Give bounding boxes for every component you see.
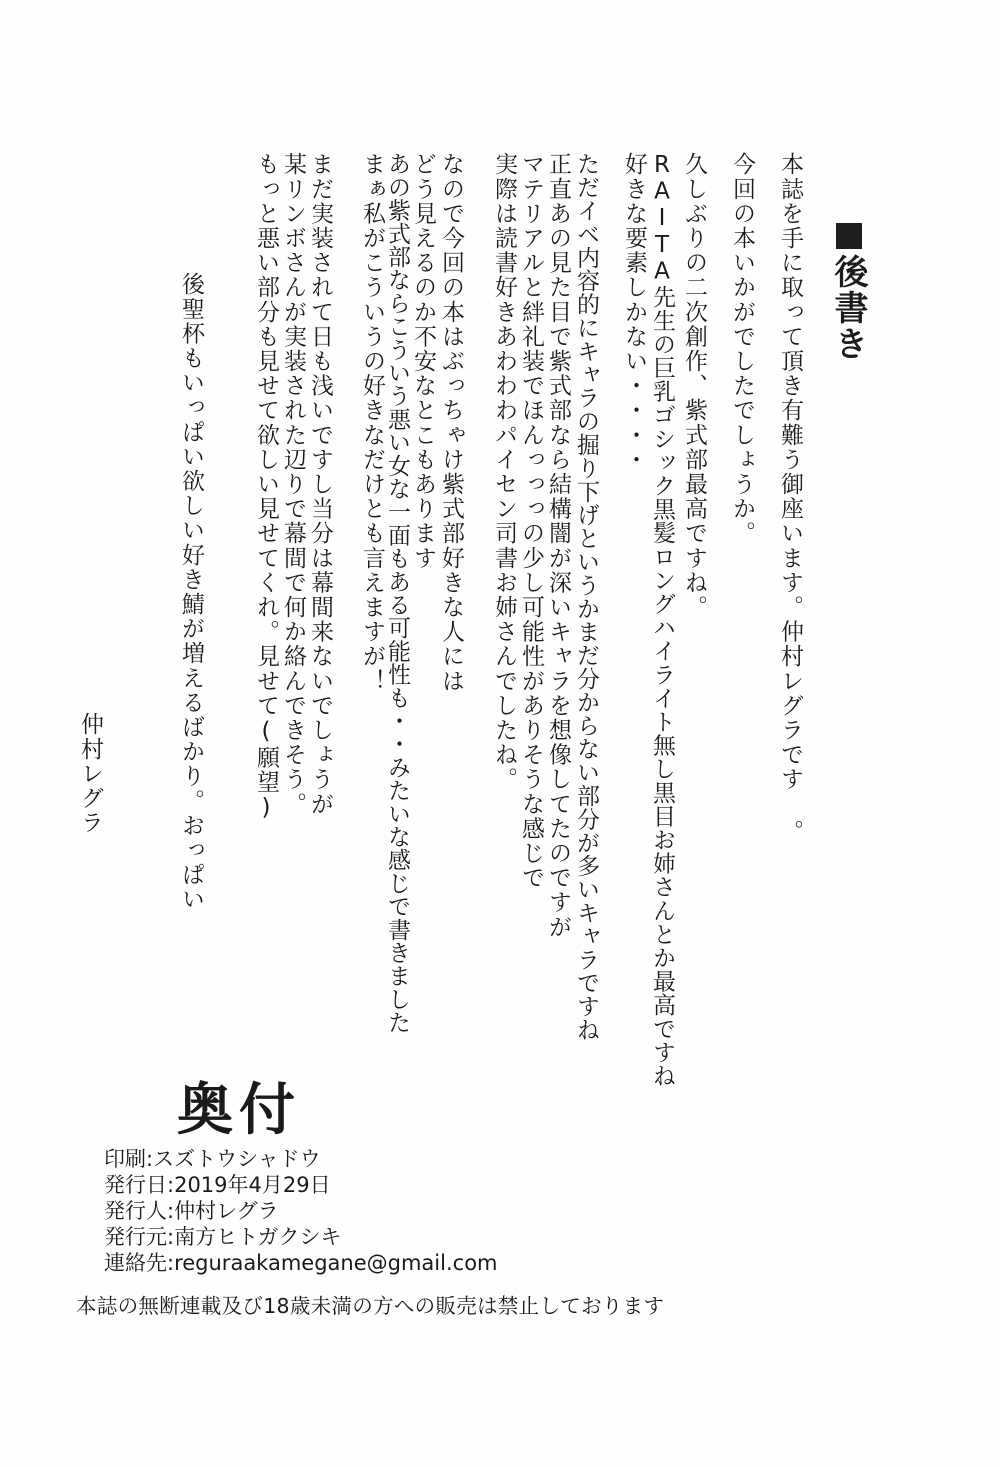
- colophon-label: 印刷: [104, 1147, 146, 1171]
- colophon-row-printer: 印刷:スズトウシャドウ: [104, 1146, 498, 1172]
- afterword-line: RAITA先生の巨乳ゴシック黒髪ロングハイライト無し黒目お姉さんとか最高ですね: [648, 152, 675, 1087]
- afterword-line: なので今回の本はぶっちゃけ紫式部好きな人には: [437, 152, 464, 693]
- colophon-title: 奥付: [177, 1066, 301, 1146]
- colophon-value: 南方ヒトガクシキ: [174, 1225, 341, 1249]
- colophon-value: 仲村レグラ: [174, 1199, 279, 1223]
- colophon-list: 印刷:スズトウシャドウ 発行日:2019年4月29日 発行人:仲村レグラ 発行元…: [104, 1146, 498, 1276]
- colophon-value: スズトウシャドウ: [153, 1147, 321, 1171]
- heading-marker-square: [836, 223, 862, 249]
- colophon-value: 2019年4月29日: [174, 1173, 331, 1197]
- afterword-line: 今回の本いかがでしたでしょうか。: [728, 152, 755, 546]
- afterword-line: まぁ私がこういうの好きなだけとも言えますが！: [358, 152, 385, 693]
- colophon-row-contact: 連絡先:reguraakamegane@gmail.com: [104, 1250, 498, 1276]
- colophon-label: 発行元: [104, 1225, 167, 1249]
- afterword-line: もっと悪い部分も見せて欲しい見せてくれ。見せて(願望): [252, 152, 279, 822]
- colophon-label: 発行人: [104, 1199, 167, 1223]
- afterword-line: 後聖杯もいっぱい欲しい好き鯖が増えるばかり。おっぱい: [177, 272, 204, 912]
- afterword-line: 本誌を手に取って頂き有難う御座います。仲村レグラです 。: [776, 152, 803, 844]
- afterword-line: 正直あの見た目で紫式部なら結構闇が深いキャラを想像してたのですが: [544, 152, 571, 939]
- colophon-row-circle: 発行元:南方ヒトガクシキ: [104, 1224, 498, 1250]
- afterword-line: どう見えるのか不安なとこもあります: [409, 152, 436, 570]
- afterword-line: 久しぶりの二次創作、紫式部最高ですね。: [680, 152, 707, 619]
- afterword-line: ただイベ内容的にキャラの掘り下げというかまだ分からない部分が多いキャラですね: [572, 152, 599, 1041]
- afterword-signature: 仲村レグラ: [76, 712, 103, 835]
- colophon-row-publisher: 発行人:仲村レグラ: [104, 1198, 498, 1224]
- afterword-line: マテリアルと絆礼装でほんっっっの少し可能性がありそうな感じで: [517, 152, 544, 890]
- afterword-heading: 後書き: [828, 254, 868, 362]
- book-afterword-page: 後書き 本誌を手に取って頂き有難う御座います。仲村レグラです 。 今回の本いかが…: [0, 0, 1000, 1467]
- afterword-line: 好きな要素しかない・・・・: [620, 152, 647, 472]
- prohibition-notice: 本誌の無断連載及び18歳未満の方への販売は禁止しております: [76, 1289, 664, 1319]
- afterword-line: 某リンボさんが実装された辺りで幕間で何か絡んできそう。: [279, 152, 306, 816]
- contact-email: reguraakamegane@gmail.com: [174, 1251, 497, 1275]
- afterword-line: まだ実装されて日も浅いですし当分は幕間来ないでしょうが: [306, 152, 333, 816]
- colophon-row-publish-date: 発行日:2019年4月29日: [104, 1172, 498, 1198]
- colophon-label: 発行日: [104, 1173, 167, 1197]
- colophon-label: 連絡先: [104, 1251, 167, 1275]
- afterword-line: 実際は読書好きあわわわパイセン司書お姉さんでしたね。: [490, 152, 517, 792]
- afterword-line: あの紫式部ならこういう悪い女な一面もある可能性も・・みたいな感じで書きました: [383, 152, 410, 1034]
